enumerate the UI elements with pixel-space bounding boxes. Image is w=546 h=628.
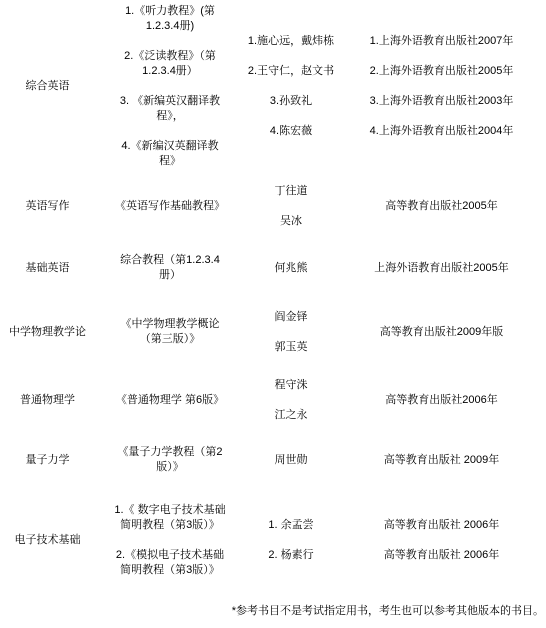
subject-cell: 量子力学 — [0, 432, 95, 488]
subject-cell: 中学物理教学论 — [0, 296, 95, 368]
table-row: 中学物理教学论 《中学物理教学概论 （第三版）》 阎金铎 郭玉英 高等教育出版社… — [0, 296, 546, 368]
subject-cell: 电子技术基础 — [0, 488, 95, 592]
subject-cell: 基础英语 — [0, 240, 95, 296]
table-row: 基础英语 综合教程（第1.2.3.4 册） 何兆熊 上海外语教育出版社2005年 — [0, 240, 546, 296]
subject-cell: 英语写作 — [0, 172, 95, 240]
publisher-cell: 1.上海外语教育出版社2007年 2.上海外语教育出版社2005年 3.上海外语… — [337, 0, 546, 172]
reference-book-table-page: 综合英语 1.《听力教程》(第 1.2.3.4册) 2.《泛读教程》（第 1.2… — [0, 0, 546, 628]
authors-cell: 阎金铎 郭玉英 — [245, 296, 337, 368]
authors-cell: 丁往道 吴冰 — [245, 172, 337, 240]
table-row: 电子技术基础 1.《 数字电子技术基础 简明教程（第3版）》 2.《模拟电子技术… — [0, 488, 546, 592]
publisher-cell: 高等教育出版社2006年 — [337, 368, 546, 432]
footnote: *参考书目不是考试指定用书，考生也可以参考其他版本的书目。 — [0, 592, 546, 628]
table-row: 综合英语 1.《听力教程》(第 1.2.3.4册) 2.《泛读教程》（第 1.2… — [0, 0, 546, 172]
subject-cell: 普通物理学 — [0, 368, 95, 432]
books-cell: 《中学物理教学概论 （第三版）》 — [95, 296, 245, 368]
books-cell: 1.《 数字电子技术基础 简明教程（第3版）》 2.《模拟电子技术基础 简明教程… — [95, 488, 245, 592]
reference-book-table: 综合英语 1.《听力教程》(第 1.2.3.4册) 2.《泛读教程》（第 1.2… — [0, 0, 546, 592]
publisher-cell: 上海外语教育出版社2005年 — [337, 240, 546, 296]
books-cell: 《英语写作基础教程》 — [95, 172, 245, 240]
books-cell: 综合教程（第1.2.3.4 册） — [95, 240, 245, 296]
table-row: 量子力学 《量子力学教程（第2 版）》 周世勋 高等教育出版社 2009年 — [0, 432, 546, 488]
authors-cell: 周世勋 — [245, 432, 337, 488]
publisher-cell: 高等教育出版社2009年版 — [337, 296, 546, 368]
authors-cell: 程守洙 江之永 — [245, 368, 337, 432]
table-row: 普通物理学 《普通物理学 第6版》 程守洙 江之永 高等教育出版社2006年 — [0, 368, 546, 432]
books-cell: 《量子力学教程（第2 版）》 — [95, 432, 245, 488]
publisher-cell: 高等教育出版社 2009年 — [337, 432, 546, 488]
table-row: 英语写作 《英语写作基础教程》 丁往道 吴冰 高等教育出版社2005年 — [0, 172, 546, 240]
subject-cell: 综合英语 — [0, 0, 95, 172]
publisher-cell: 高等教育出版社 2006年 高等教育出版社 2006年 — [337, 488, 546, 592]
books-cell: 1.《听力教程》(第 1.2.3.4册) 2.《泛读教程》（第 1.2.3.4册… — [95, 0, 245, 172]
authors-cell: 何兆熊 — [245, 240, 337, 296]
books-cell: 《普通物理学 第6版》 — [95, 368, 245, 432]
publisher-cell: 高等教育出版社2005年 — [337, 172, 546, 240]
authors-cell: 1.施心远，戴炜栋 2.王守仁，赵文书 3.孙致礼 4.陈宏薇 — [245, 0, 337, 172]
authors-cell: 1. 余孟尝 2. 杨素行 — [245, 488, 337, 592]
